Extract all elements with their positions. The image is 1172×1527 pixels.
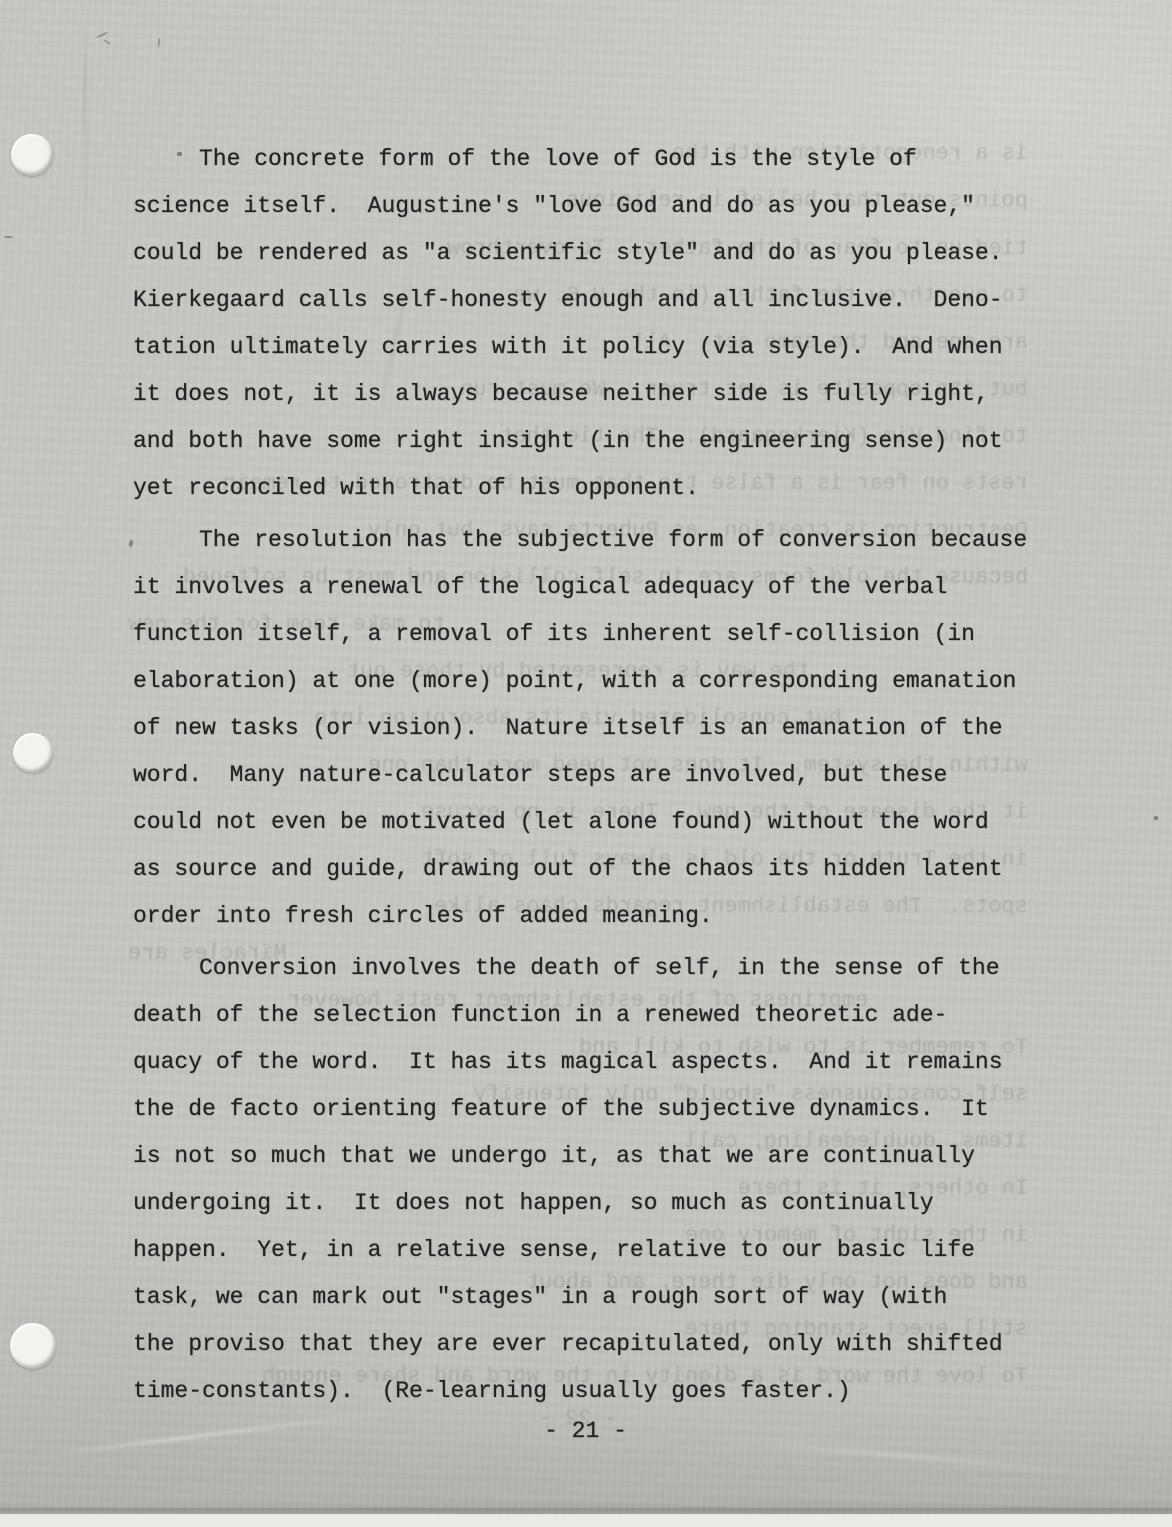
page-number: - 21 - — [133, 1408, 1038, 1455]
text-line: The concrete form of the love of God is … — [133, 136, 1038, 183]
paragraph: The resolution has the subjective form o… — [133, 517, 1038, 940]
text-line: could not even be motivated (let alone f… — [133, 799, 1038, 846]
text-line: happen. Yet, in a relative sense, relati… — [133, 1227, 1038, 1274]
scanned-page: is a renegotiation with thepoints out th… — [0, 0, 1172, 1527]
text-line: quacy of the word. It has its magical as… — [133, 1039, 1038, 1086]
text-line: the de facto orienting feature of the su… — [133, 1086, 1038, 1133]
punch-hole — [10, 1323, 56, 1369]
text-line: and both have some right insight (in the… — [133, 418, 1038, 465]
text-line: The resolution has the subjective form o… — [133, 517, 1038, 564]
text-line: word. Many nature-calculator steps are i… — [133, 752, 1038, 799]
punch-hole — [13, 733, 53, 773]
typewritten-text: The concrete form of the love of God is … — [133, 136, 1038, 1455]
text-line: task, we can mark out "stages" in a roug… — [133, 1274, 1038, 1321]
text-line: function itself, a removal of its inhere… — [133, 611, 1038, 658]
text-line: science itself. Augustine's "love God an… — [133, 183, 1038, 230]
text-line: the proviso that they are ever recapitul… — [133, 1321, 1038, 1368]
text-line: Kierkegaard calls self-honesty enough an… — [133, 277, 1038, 324]
text-line: Conversion involves the death of self, i… — [133, 945, 1038, 992]
text-line: could be rendered as "a scientific style… — [133, 230, 1038, 277]
text-line: undergoing it. It does not happen, so mu… — [133, 1180, 1038, 1227]
text-line: of new tasks (or vision). Nature itself … — [133, 705, 1038, 752]
paragraph: Conversion involves the death of self, i… — [133, 945, 1038, 1415]
paper-crease — [84, 0, 86, 270]
paper-speck — [1154, 816, 1158, 820]
paper-bottom-edge — [0, 1508, 1172, 1514]
text-line: as source and guide, drawing out of the … — [133, 846, 1038, 893]
text-line: tation ultimately carries with it policy… — [133, 324, 1038, 371]
paper-sheet: is a renegotiation with thepoints out th… — [0, 0, 1172, 1514]
text-line: elaboration) at one (more) point, with a… — [133, 658, 1038, 705]
text-line: death of the selection function in a ren… — [133, 992, 1038, 1039]
paper-speck — [177, 152, 182, 156]
text-line: is not so much that we undergo it, as th… — [133, 1133, 1038, 1180]
text-line: it does not, it is always because neithe… — [133, 371, 1038, 418]
text-line: order into fresh circles of added meanin… — [133, 893, 1038, 940]
paragraph: The concrete form of the love of God is … — [133, 136, 1038, 512]
text-line: yet reconciled with that of his opponent… — [133, 465, 1038, 512]
punch-hole — [11, 134, 53, 176]
text-line: it involves a renewal of the logical ade… — [133, 564, 1038, 611]
